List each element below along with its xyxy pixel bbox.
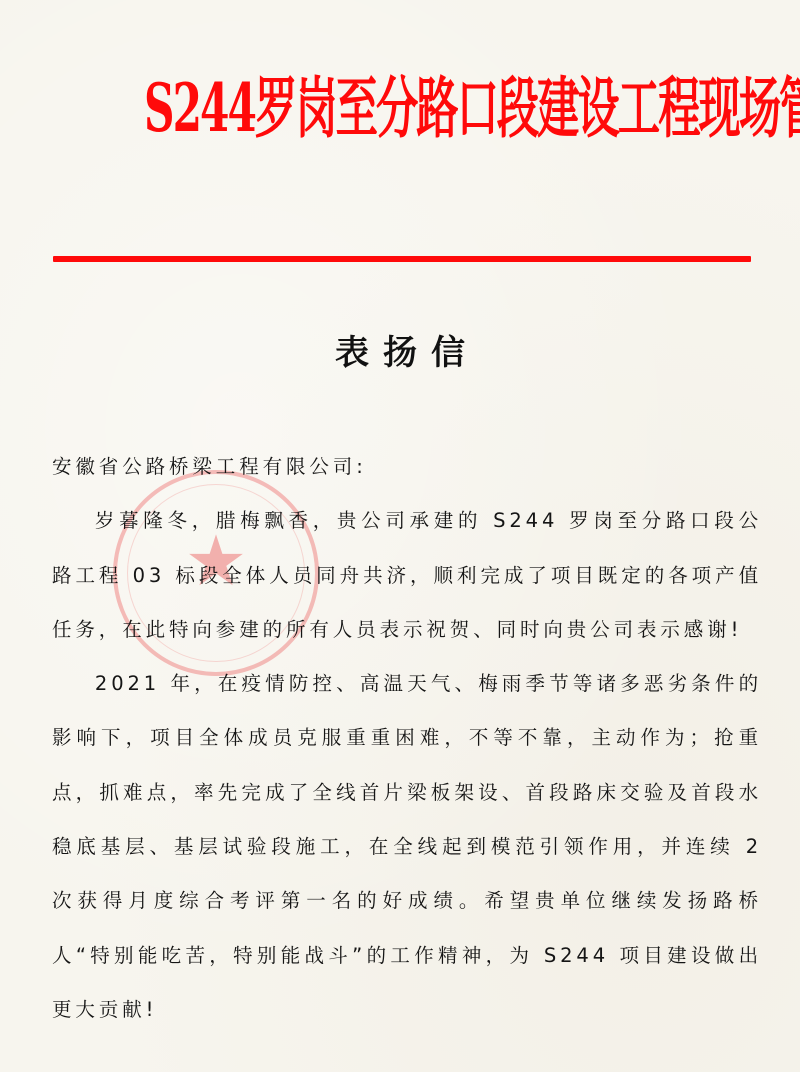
- document-title: 表扬信: [0, 330, 800, 376]
- document-page: S244罗岗至分路口段建设工程现场管理办公室文件 表扬信 ★ 安徽省公路桥梁工程…: [0, 0, 800, 1072]
- letterhead-divider: [53, 256, 751, 262]
- paragraph-2: 2021 年，在疫情防控、高温天气、梅雨季节等诸多恶劣条件的影响下，项目全体成员…: [52, 657, 762, 1037]
- letter-body: 安徽省公路桥梁工程有限公司: 岁暮隆冬，腊梅飘香，贵公司承建的 S244 罗岗至…: [52, 440, 762, 1037]
- letterhead-title: S244罗岗至分路口段建设工程现场管理办公室文件: [144, 58, 656, 158]
- recipient-salutation: 安徽省公路桥梁工程有限公司:: [52, 440, 762, 494]
- paragraph-1: 岁暮隆冬，腊梅飘香，贵公司承建的 S244 罗岗至分路口段公路工程 03 标段全…: [52, 494, 762, 657]
- bleed-through-text-top: [90, 0, 710, 6]
